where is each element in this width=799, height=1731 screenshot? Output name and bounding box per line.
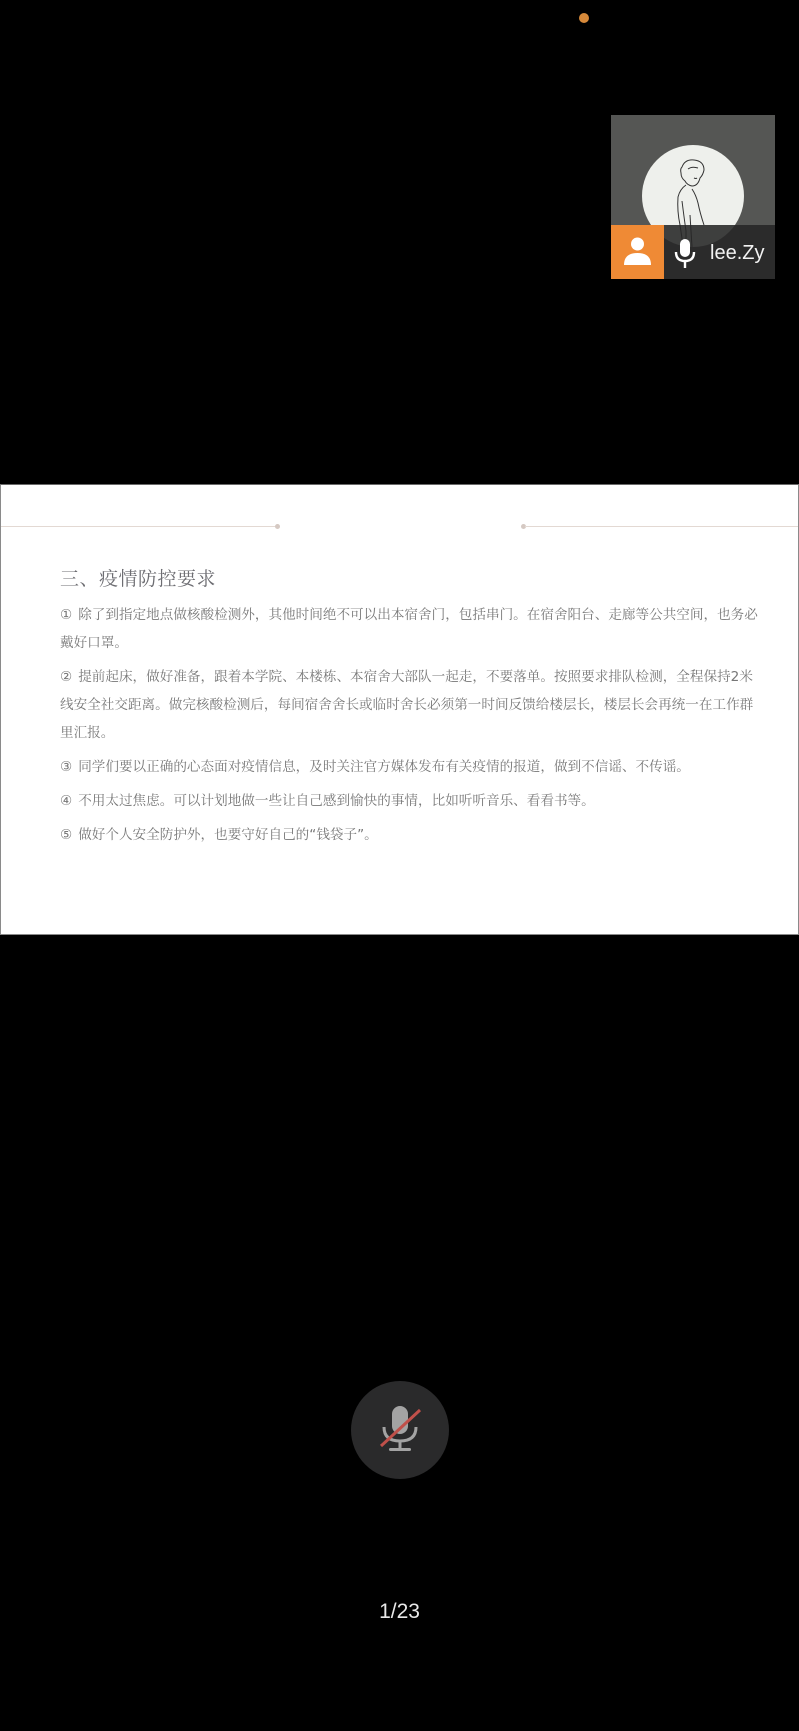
slide-item-1: ①除了到指定地点做核酸检测外，其他时间绝不可以出本宿舍门，包括串门。在宿舍阳台、… <box>60 601 760 657</box>
participant-video-tile[interactable]: lee.Zy <box>611 115 775 279</box>
item-text: 同学们要以正确的心态面对疫情信息，及时关注官方媒体发布有关疫情的报道，做到不信谣… <box>78 759 690 775</box>
decorative-line-left <box>1 526 277 527</box>
item-text: 除了到指定地点做核酸检测外，其他时间绝不可以出本宿舍门，包括串门。在宿舍阳台、走… <box>60 607 758 651</box>
slide-item-5: ⑤做好个人安全防护外，也要守好自己的“钱袋子”。 <box>60 821 760 849</box>
item-text: 做好个人安全防护外，也要守好自己的“钱袋子”。 <box>78 827 378 843</box>
host-role-badge <box>611 225 664 279</box>
shared-slide: 三、疫情防控要求 ①除了到指定地点做核酸检测外，其他时间绝不可以出本宿舍门，包括… <box>0 484 799 935</box>
page-indicator: 1/23 <box>0 1600 799 1624</box>
slide-item-4: ④不用太过焦虑。可以计划地做一些让自己感到愉快的事情，比如听听音乐、看看书等。 <box>60 787 760 815</box>
slide-item-2: ②提前起床，做好准备，跟着本学院、本楼栋、本宿舍大部队一起走，不要落单。按照要求… <box>60 663 760 747</box>
item-number: ④ <box>60 793 72 809</box>
decorative-dot-left <box>275 524 280 529</box>
item-number: ⑤ <box>60 827 72 843</box>
participant-name: lee.Zy <box>710 242 764 265</box>
item-text: 不用太过焦虑。可以计划地做一些让自己感到愉快的事情，比如听听音乐、看看书等。 <box>78 793 595 809</box>
slide-item-3: ③同学们要以正确的心态面对疫情信息，及时关注官方媒体发布有关疫情的报道，做到不信… <box>60 753 760 781</box>
slide-body: ①除了到指定地点做核酸检测外，其他时间绝不可以出本宿舍门，包括串门。在宿舍阳台、… <box>60 601 760 855</box>
mute-toggle-button[interactable] <box>351 1381 449 1479</box>
person-icon <box>611 225 664 279</box>
item-number: ② <box>60 669 72 685</box>
microphone-muted-icon <box>375 1402 425 1458</box>
microphone-icon <box>673 238 697 270</box>
slide-title: 三、疫情防控要求 <box>60 564 216 591</box>
item-text: 提前起床，做好准备，跟着本学院、本楼栋、本宿舍大部队一起走，不要落单。按照要求排… <box>60 669 753 741</box>
decorative-line-right <box>525 526 798 527</box>
item-number: ① <box>60 607 72 623</box>
recording-indicator-dot <box>579 13 589 23</box>
item-number: ③ <box>60 759 72 775</box>
